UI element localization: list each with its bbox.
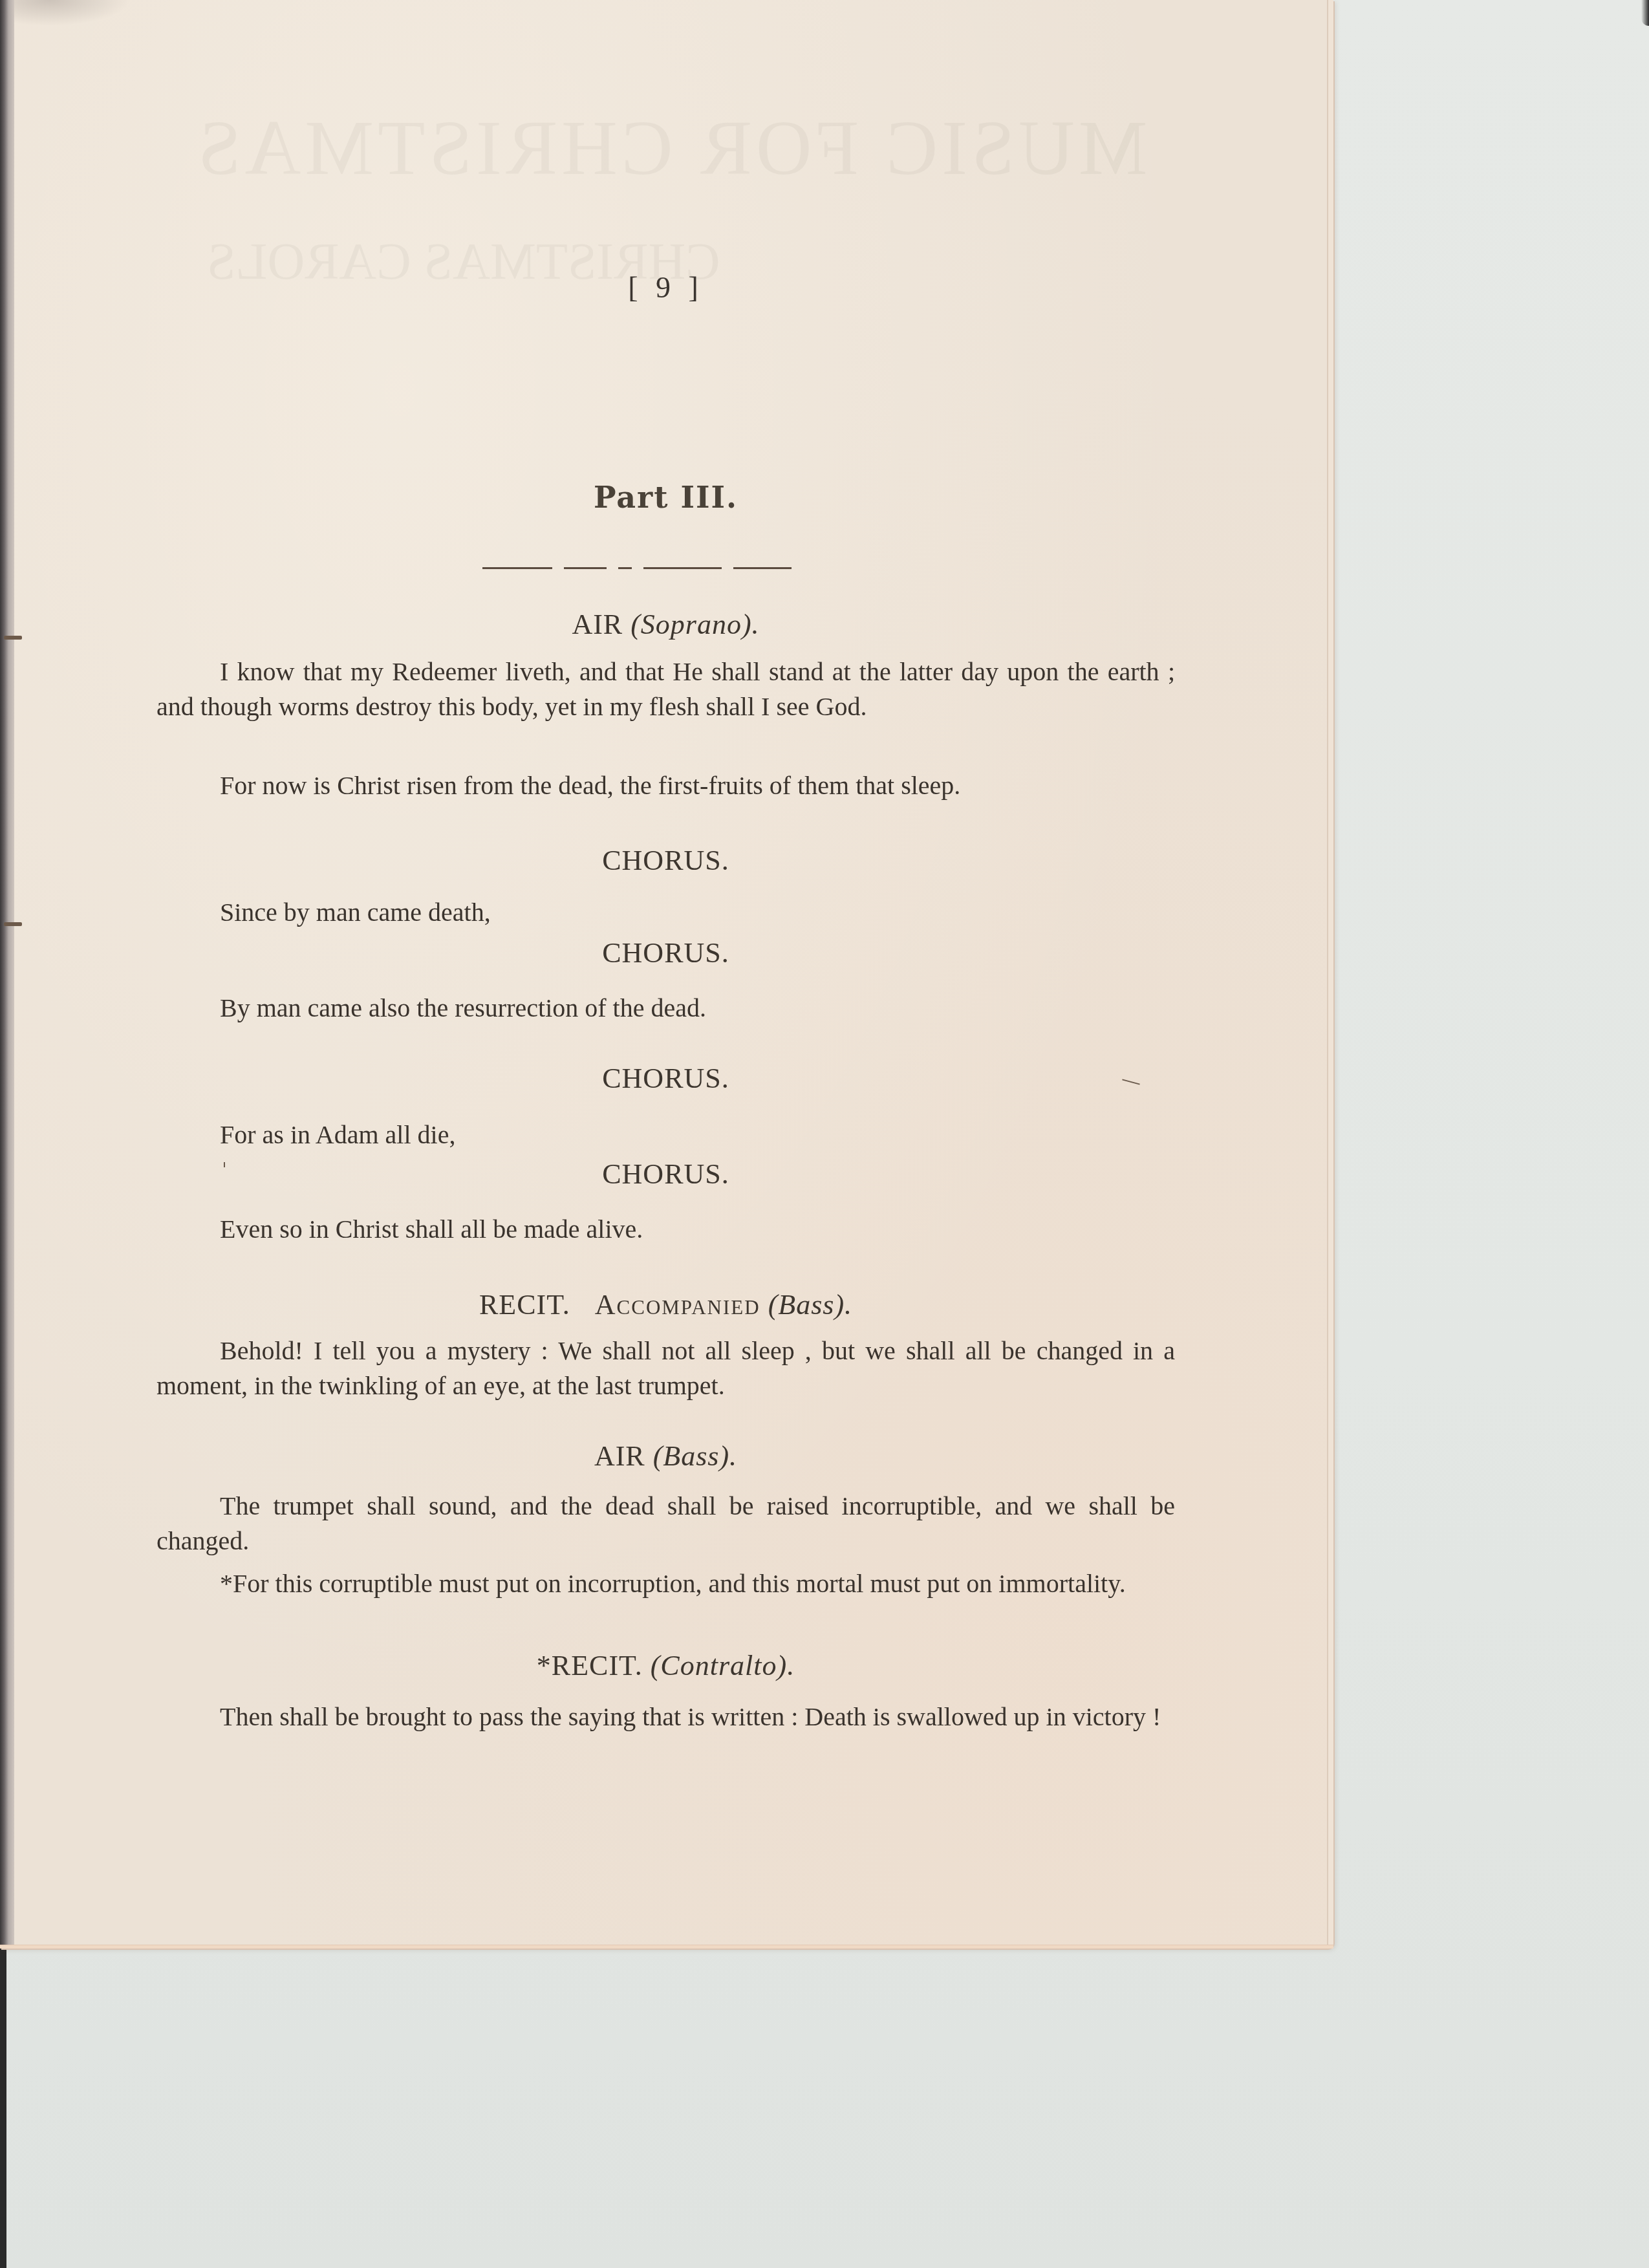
section-heading-recit-contralto: *RECIT. (Contralto).	[156, 1649, 1175, 1682]
paragraph: Since by man came death,	[156, 895, 1175, 930]
section-heading-air-bass: AIR (Bass).	[156, 1440, 1175, 1473]
section-heading-recit-accompanied: RECIT.Accompanied (Bass).	[156, 1288, 1175, 1321]
section-title: RECIT.	[479, 1289, 570, 1321]
section-subtitle: Accompanied	[595, 1289, 760, 1321]
bleed-through-title: MUSIC FOR CHRISTMAS	[194, 103, 1147, 193]
booklet-spine	[0, 0, 14, 1949]
section-title: AIR	[572, 609, 623, 640]
scanner-corner-shadow	[1641, 0, 1649, 26]
section-heading-chorus: CHORUS.	[156, 844, 1175, 877]
paragraph: By man came also the resurrection of the…	[156, 991, 1175, 1026]
section-heading-chorus: CHORUS.	[156, 1158, 1175, 1191]
section-title: AIR	[594, 1440, 645, 1472]
section-heading-chorus: CHORUS.	[156, 1062, 1175, 1095]
spine-shadow	[14, 0, 131, 26]
scanner-edge-shadow	[0, 1949, 6, 2268]
voice-label: (Soprano).	[630, 609, 759, 640]
paragraph: I know that my Redeemer liveth, and that…	[156, 654, 1175, 724]
section-heading-air-soprano: AIR (Soprano).	[156, 608, 1175, 641]
section-heading-chorus: CHORUS.	[156, 936, 1175, 969]
paragraph: For now is Christ risen from the dead, t…	[156, 768, 1175, 803]
decorative-rule	[482, 567, 792, 569]
page-number: [ 9 ]	[156, 270, 1175, 305]
page-edge	[1327, 0, 1333, 1949]
paragraph: Even so in Christ shall all be made aliv…	[156, 1212, 1175, 1247]
voice-label: (Bass).	[653, 1440, 737, 1472]
stray-ink-mark	[224, 1162, 225, 1167]
paragraph-footnoted: *For this corruptible must put on incorr…	[156, 1566, 1175, 1601]
paragraph: For as in Adam all die,	[156, 1118, 1175, 1152]
document-page: MUSIC FOR CHRISTMAS CHRISTMAS CAROLS [ 9…	[0, 0, 1333, 1949]
section-title: *RECIT.	[537, 1650, 643, 1681]
paragraph: Then shall be brought to pass the saying…	[156, 1700, 1175, 1734]
binding-stitch-icon	[4, 922, 22, 926]
binding-stitch-icon	[4, 636, 22, 640]
part-heading: Part III.	[156, 480, 1175, 515]
paragraph: The trumpet shall sound, and the dead sh…	[156, 1489, 1175, 1559]
voice-label: (Contralto).	[651, 1650, 795, 1681]
voice-label: (Bass).	[768, 1289, 852, 1321]
page-edge-bottom	[0, 1945, 1333, 1949]
paragraph: Behold! I tell you a mystery : We shall …	[156, 1334, 1175, 1403]
